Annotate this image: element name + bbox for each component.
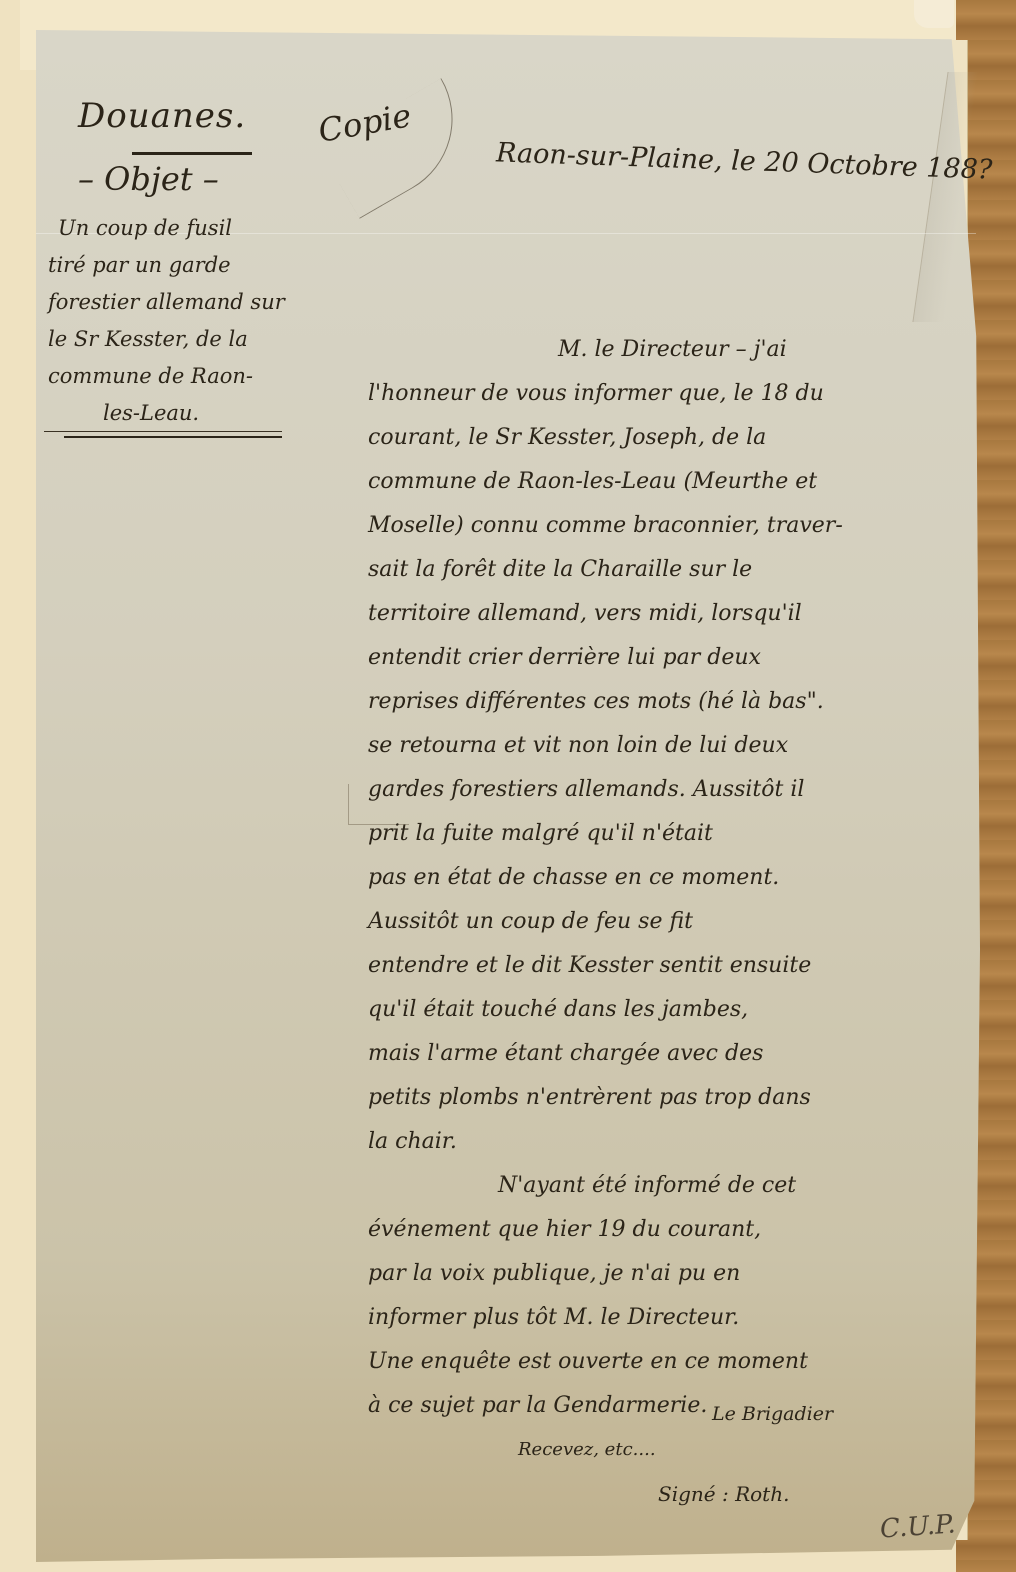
body-line: M. le Directeur – j'ai [368,328,988,372]
subject-underline-thick [64,436,282,438]
body-line: à ce sujet par la Gendarmerie. [368,1384,988,1428]
department-heading: Douanes. [78,96,246,136]
archival-initials: C.U.P. [879,1509,956,1544]
body-line: informer plus tôt M. le Directeur. [368,1296,988,1340]
closing-salutation: Recevez, etc.... [368,1428,988,1472]
body-line: sait la forêt dite la Charaille sur le [368,548,988,592]
subject-line: tiré par un garde [48,247,318,284]
body-line: mais l'arme étant chargée avec des [368,1032,988,1076]
subject-underline-thin [44,431,282,432]
body-line: territoire allemand, vers midi, lorsqu'i… [368,592,988,636]
body-line: événement que hier 19 du courant, [368,1208,988,1252]
subject-line: commune de Raon- [48,358,318,395]
signature: Signé : Roth. [368,1472,988,1516]
body-line: entendre et le dit Kesster sentit ensuit… [368,944,988,988]
body-line: prit la fuite malgré qu'il n'était [368,812,988,856]
body-line: N'ayant été informé de cet [368,1164,988,1208]
body-line: gardes forestiers allemands. Aussitôt il [368,768,988,812]
torn-paper-corner [914,0,954,28]
subject-block: Un coup de fusil tiré par un garde fores… [48,210,318,432]
body-line: courant, le Sr Kesster, Joseph, de la [368,416,988,460]
body-line: l'honneur de vous informer que, le 18 du [368,372,988,416]
body-line: Moselle) connu comme braconnier, traver- [368,504,988,548]
body-line: Une enquête est ouverte en ce moment [368,1340,988,1384]
body-line: Aussitôt un coup de feu se fit [368,900,988,944]
body-line: entendit crier derrière lui par deux [368,636,988,680]
body-line: commune de Raon-les-Leau (Meurthe et [368,460,988,504]
subject-line: le Sr Kesster, de la [48,321,318,358]
subject-line: Un coup de fusil [48,210,318,247]
body-line: par la voix publique, je n'ai pu en [368,1252,988,1296]
body-line: qu'il était touché dans les jambes, [368,988,988,1032]
subject-line: forestier allemand sur [48,284,318,321]
signatory-rank: Le Brigadier [712,1403,833,1425]
body-line: reprises différentes ces mots (hé là bas… [368,680,988,724]
body-line: petits plombs n'entrèrent pas trop dans [368,1076,988,1120]
body-line: la chair. [368,1120,988,1164]
letter-body: M. le Directeur – j'ai l'honneur de vous… [368,328,988,1516]
body-line: se retourna et vit non loin de lui deux [368,724,988,768]
objet-overline [132,152,252,155]
subject-line: les-Leau. [48,395,318,432]
body-line: pas en état de chasse en ce moment. [368,856,988,900]
subject-title: – Objet – [78,160,219,198]
